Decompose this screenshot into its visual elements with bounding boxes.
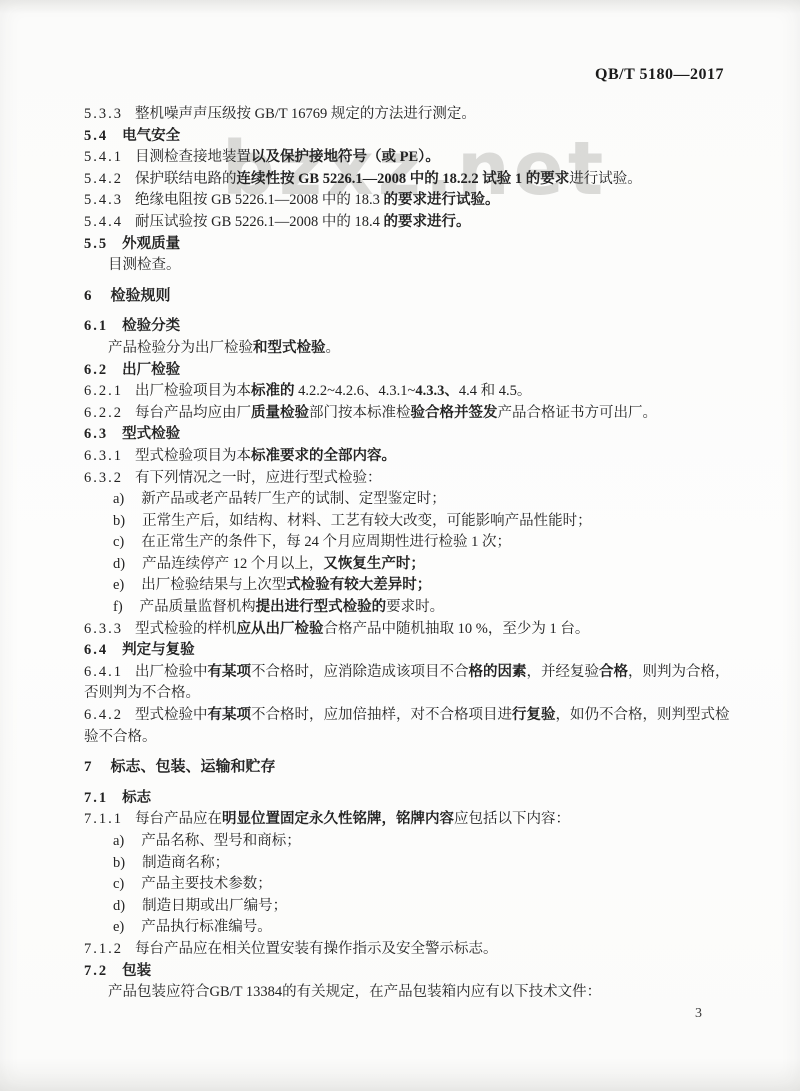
- clause-5.4.3: 5.4.3绝缘电阻按 GB 5226.1—2008 中的 18.3 的要求进行试…: [84, 190, 734, 212]
- list-item: c)在正常生产的条件下，每 24 个月应周期性进行检验 1 次；: [84, 532, 734, 554]
- text-segment: 新产品或老产品转厂生产的试制、定型鉴定时；: [141, 491, 446, 507]
- clause-number: 6.1: [84, 318, 108, 334]
- subsection-heading-7.2: 7.2包装: [84, 961, 734, 983]
- clause-number: 5.4: [84, 128, 108, 144]
- text-segment: 不合格时，应消除造成该项目不合: [251, 664, 469, 680]
- text-segment: 有下列情况之一时，应进行型式检验：: [135, 470, 382, 486]
- text-segment: ，并经复验: [527, 664, 600, 680]
- text-segment: 电气安全: [122, 128, 180, 144]
- text-segment: 型式检验中: [135, 707, 208, 723]
- list-item-letter: c): [113, 876, 124, 892]
- text-segment: 每台产品均应由厂: [135, 405, 251, 421]
- text-segment: 的要求进行试验。: [384, 192, 500, 208]
- clause-number: 5.4.4: [84, 214, 123, 230]
- text-segment: 有某项: [208, 707, 252, 723]
- clause-number: 6.2.2: [84, 405, 123, 421]
- text-segment: 合格产品中随机抽取 10 %，至少为 1 台。: [324, 621, 590, 637]
- text-segment: 产品合格证书方可出厂。: [498, 405, 658, 421]
- clause-number: 6.4.1: [84, 664, 123, 680]
- text-segment: 4.3.3、: [415, 383, 459, 399]
- text-segment: 每台产品应在相关位置安装有操作指示及安全警示标志。: [135, 941, 498, 957]
- text-segment: 出厂检验: [122, 362, 180, 378]
- clause-number: 5.4.2: [84, 171, 123, 187]
- clause-number: 6.2: [84, 362, 108, 378]
- text-segment: 目测检查接地装置: [135, 149, 251, 165]
- list-item-letter: b): [113, 855, 125, 871]
- text-segment: 制造商名称；: [142, 855, 229, 871]
- list-item: a)新产品或老产品转厂生产的试制、定型鉴定时；: [84, 489, 734, 511]
- list-item: d)制造日期或出厂编号；: [84, 896, 734, 918]
- text-segment: 检验分类: [122, 318, 180, 334]
- list-item: d)产品连续停产 12 个月以上，又恢复生产时；: [84, 554, 734, 576]
- subsection-heading-6.3: 6.3型式检验: [84, 424, 734, 446]
- text-segment: 产品主要技术参数；: [141, 876, 272, 892]
- list-item-letter: d): [113, 898, 125, 914]
- text-segment: 保护联结电路的: [135, 171, 237, 187]
- text-segment: 以及保护接地符号（或 PE）。: [251, 149, 440, 165]
- text-segment: 部门按本标准检: [309, 405, 411, 421]
- section-heading-6: 6检验规则: [84, 286, 734, 308]
- text-segment: 质量检验: [251, 405, 309, 421]
- clause-number: 5.5: [84, 236, 108, 252]
- text-segment: 标准的: [251, 383, 295, 399]
- page-header: QB/T 5180—2017: [595, 66, 724, 84]
- list-item-letter: a): [113, 491, 124, 507]
- text-segment: 产品检验分为出厂检验: [108, 340, 253, 356]
- clause-5.4.2: 5.4.2保护联结电路的连续性按 GB 5226.1—2008 中的 18.2.…: [84, 169, 734, 191]
- list-item: f)产品质量监督机构提出进行型式检验的要求时。: [84, 597, 734, 619]
- list-item: b)正常生产后，如结构、材料、工艺有较大改变，可能影响产品性能时；: [84, 511, 734, 533]
- text-segment: 制造日期或出厂编号；: [142, 898, 287, 914]
- clause-6.2.2: 6.2.2每台产品均应由厂质量检验部门按本标准检验合格并签发产品合格证书方可出厂…: [84, 403, 734, 425]
- paragraph: 产品包装应符合GB/T 13384的有关规定，在产品包装箱内应有以下技术文件：: [84, 982, 734, 1004]
- paragraph: 产品检验分为出厂检验和型式检验。: [84, 338, 734, 360]
- text-segment: 合格: [599, 664, 628, 680]
- text-segment: 绝缘电阻按 GB 5226.1—2008 中的 18.3: [135, 192, 384, 208]
- clause-6.4.1: 6.4.1出厂检验中有某项不合格时，应消除造成该项目不合格的因素，并经复验合格，…: [84, 662, 734, 705]
- clause-number: 7.1.1: [84, 811, 123, 827]
- text-segment: 检验规则: [111, 288, 171, 304]
- text-segment: 应从出厂检验: [237, 621, 324, 637]
- text-segment: 产品名称、型号和商标；: [141, 833, 301, 849]
- text-segment: 判定与复验: [122, 642, 195, 658]
- text-segment: 出厂检验中: [135, 664, 208, 680]
- list-item-letter: f): [113, 599, 123, 615]
- text-segment: 4.2.2~4.2.6、4.3.1~: [295, 383, 416, 399]
- clause-number: 6: [84, 288, 92, 304]
- text-segment: 格的因素: [469, 664, 527, 680]
- text-segment: 进行试验。: [569, 171, 642, 187]
- subsection-heading-6.2: 6.2出厂检验: [84, 360, 734, 382]
- text-segment: 出厂检验结果与上次型: [141, 577, 286, 593]
- scanned-document-page: QB/T 5180—2017 bzxz.net 5.3.3整机噪声声压级按 GB…: [0, 0, 800, 1091]
- standard-number: QB/T 5180—2017: [595, 66, 724, 83]
- clause-6.3.2: 6.3.2有下列情况之一时，应进行型式检验：: [84, 468, 734, 490]
- text-segment: 型式检验: [122, 426, 180, 442]
- subsection-heading-7.1: 7.1标志: [84, 788, 734, 810]
- text-segment: 验合格并签发: [411, 405, 498, 421]
- clause-number: 6.3.1: [84, 448, 123, 464]
- text-segment: 的要求进行。: [384, 214, 471, 230]
- text-segment: 外观质量: [122, 236, 180, 252]
- text-segment: 包装: [122, 963, 151, 979]
- list-item: c)产品主要技术参数；: [84, 874, 734, 896]
- subsection-heading-5.5: 5.5外观质量: [84, 234, 734, 256]
- text-segment: 和型式检验: [253, 340, 326, 356]
- text-segment: 型式检验项目为本: [135, 448, 251, 464]
- list-item-letter: b): [113, 513, 125, 529]
- text-segment: 正常生产后，如结构、材料、工艺有较大改变，可能影响产品性能时；: [142, 513, 592, 529]
- text-segment: 行复验: [512, 707, 556, 723]
- text-segment: 应包括以下内容：: [454, 811, 570, 827]
- text-segment: 不合格时，应加倍抽样，对不合格项目进: [251, 707, 512, 723]
- text-segment: 产品连续停产 12 个月以上，: [142, 556, 323, 572]
- text-segment: 4.4 和 4.5。: [459, 383, 532, 399]
- text-segment: 提出进行型式检验的: [256, 599, 387, 615]
- document-body: 5.3.3整机噪声声压级按 GB/T 16769 规定的方法进行测定。5.4电气…: [84, 104, 734, 1004]
- text-segment: 型式检验的样机: [135, 621, 237, 637]
- text-segment: 有某项: [208, 664, 252, 680]
- list-item: a)产品名称、型号和商标；: [84, 831, 734, 853]
- text-segment: 。: [326, 340, 341, 356]
- paragraph: 目测检查。: [84, 255, 734, 277]
- clause-number: 6.3: [84, 426, 108, 442]
- text-segment: 标志: [122, 790, 151, 806]
- clause-number: 6.3.2: [84, 470, 123, 486]
- text-segment: 每台产品应在: [135, 811, 222, 827]
- subsection-heading-5.4: 5.4电气安全: [84, 126, 734, 148]
- clause-7.1.1: 7.1.1每台产品应在明显位置固定永久性铭牌，铭牌内容应包括以下内容：: [84, 809, 734, 831]
- list-item-letter: c): [113, 534, 124, 550]
- list-item-letter: e): [113, 577, 124, 593]
- clause-number: 6.4.2: [84, 707, 123, 723]
- clause-6.3.1: 6.3.1型式检验项目为本标准要求的全部内容。: [84, 446, 734, 468]
- text-segment: 标志、包装、运输和贮存: [111, 759, 276, 775]
- text-segment: 整机噪声声压级按 GB/T 16769 规定的方法进行测定。: [135, 106, 476, 122]
- clause-number: 5.4.1: [84, 149, 123, 165]
- page-footer: 3: [695, 1006, 702, 1022]
- page-number: 3: [695, 1006, 702, 1021]
- text-segment: 又恢复生产时；: [323, 556, 425, 572]
- clause-6.3.3: 6.3.3型式检验的样机应从出厂检验合格产品中随机抽取 10 %，至少为 1 台…: [84, 619, 734, 641]
- section-heading-7: 7标志、包装、运输和贮存: [84, 757, 734, 779]
- clause-number: 5.3.3: [84, 106, 123, 122]
- clause-number: 7.1.2: [84, 941, 123, 957]
- clause-number: 6.4: [84, 642, 108, 658]
- subsection-heading-6.1: 6.1检验分类: [84, 316, 734, 338]
- clause-number: 7: [84, 759, 92, 775]
- list-item: e)出厂检验结果与上次型式检验有较大差异时；: [84, 575, 734, 597]
- list-item-letter: a): [113, 833, 124, 849]
- list-item-letter: d): [113, 556, 125, 572]
- clause-5.3.3: 5.3.3整机噪声声压级按 GB/T 16769 规定的方法进行测定。: [84, 104, 734, 126]
- text-segment: 产品包装应符合GB/T 13384的有关规定，在产品包装箱内应有以下技术文件：: [108, 984, 601, 1000]
- text-segment: 出厂检验项目为本: [135, 383, 251, 399]
- text-segment: 标准要求的全部内容。: [251, 448, 396, 464]
- clause-number: 5.4.3: [84, 192, 123, 208]
- clause-5.4.1: 5.4.1目测检查接地装置以及保护接地符号（或 PE）。: [84, 147, 734, 169]
- text-segment: 明显位置固定永久性铭牌，铭牌内容: [222, 811, 454, 827]
- text-segment: 式检验有较大差异时；: [286, 577, 431, 593]
- clause-6.4.2: 6.4.2型式检验中有某项不合格时，应加倍抽样，对不合格项目进行复验，如仍不合格…: [84, 705, 734, 748]
- clause-number: 7.1: [84, 790, 108, 806]
- list-item-letter: e): [113, 919, 124, 935]
- clause-number: 6.3.3: [84, 621, 123, 637]
- text-segment: 产品执行标准编号。: [141, 919, 272, 935]
- clause-number: 7.2: [84, 963, 108, 979]
- text-segment: 产品质量监督机构: [140, 599, 256, 615]
- text-segment: 在正常生产的条件下，每 24 个月应周期性进行检验 1 次；: [141, 534, 511, 550]
- clause-6.2.1: 6.2.1出厂检验项目为本标准的 4.2.2~4.2.6、4.3.1~4.3.3…: [84, 381, 734, 403]
- text-segment: 连续性按 GB 5226.1—2008 中的 18.2.2 试验 1 的要求: [237, 171, 570, 187]
- subsection-heading-6.4: 6.4判定与复验: [84, 640, 734, 662]
- text-segment: 要求时。: [386, 599, 444, 615]
- clause-7.1.2: 7.1.2每台产品应在相关位置安装有操作指示及安全警示标志。: [84, 939, 734, 961]
- list-item: b)制造商名称；: [84, 853, 734, 875]
- text-segment: 目测检查。: [108, 257, 181, 273]
- clause-number: 6.2.1: [84, 383, 123, 399]
- clause-5.4.4: 5.4.4耐压试验按 GB 5226.1—2008 中的 18.4 的要求进行。: [84, 212, 734, 234]
- text-segment: 耐压试验按 GB 5226.1—2008 中的 18.4: [135, 214, 384, 230]
- list-item: e)产品执行标准编号。: [84, 917, 734, 939]
